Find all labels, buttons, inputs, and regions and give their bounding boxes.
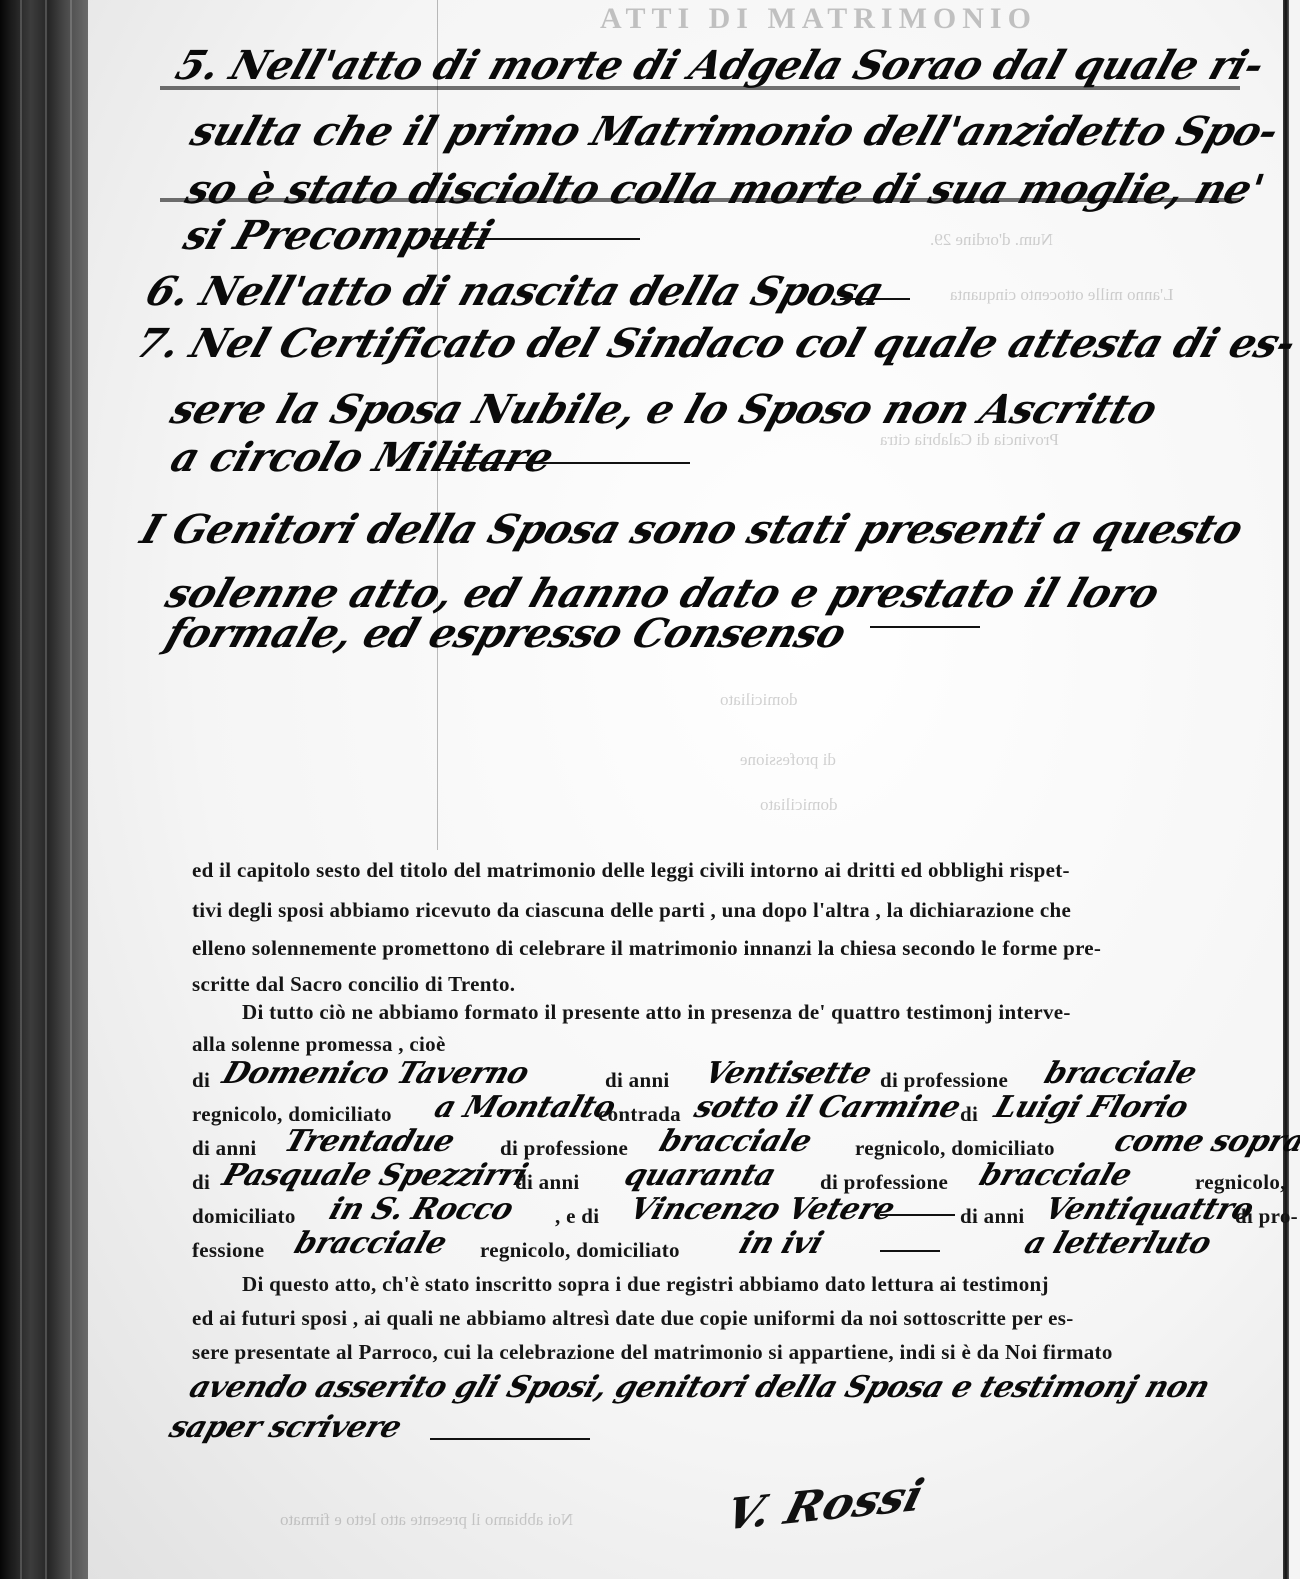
witness-4-domicile: in ivi bbox=[735, 1226, 827, 1261]
witness-label: regnicolo, domiciliato bbox=[480, 1238, 680, 1263]
witness-label: di bbox=[192, 1170, 210, 1195]
closing-handwritten-line-1: avendo asserito gli Sposi, genitori dell… bbox=[185, 1370, 1214, 1405]
handwritten-underline bbox=[870, 626, 980, 628]
bleed-through-header: ATTI DI MATRIMONIO bbox=[600, 2, 1037, 36]
handwritten-underline bbox=[430, 1438, 590, 1440]
bleed-through-text: Num. d'ordine 29. bbox=[930, 230, 1053, 250]
witness-1-name: Domenico Taverno bbox=[218, 1056, 533, 1091]
bleed-through-text: Provincia di Calabria citra bbox=[880, 430, 1059, 450]
handwritten-note-6: 6. Nell'atto di nascita della Sposa bbox=[140, 268, 890, 315]
witness-label: di bbox=[960, 1102, 978, 1127]
page-margin bbox=[1289, 0, 1300, 1579]
handwritten-note-5-line-3: so è stato disciolto colla morte di sua … bbox=[180, 166, 1270, 213]
binding-texture bbox=[20, 0, 22, 1579]
handwritten-note-7-line-1: 7. Nel Certificato del Sindaco col quale… bbox=[130, 320, 1300, 367]
witness-4-profession: bracciale bbox=[290, 1226, 451, 1261]
witness-label: di pro- bbox=[1235, 1204, 1298, 1229]
witness-4-age: Ventiquattro bbox=[1040, 1192, 1258, 1227]
witness-4-name: Vincenzo Vetere bbox=[625, 1192, 899, 1227]
witness-2-name: Luigi Florio bbox=[990, 1090, 1192, 1125]
handwritten-note-7-line-2: sere la Sposa Nubile, e lo Sposo non Asc… bbox=[165, 386, 1163, 433]
bleed-through-text: Noi abbiamo il presente atto letto e fir… bbox=[280, 1510, 573, 1530]
printed-text-line: ed il capitolo sesto del titolo del matr… bbox=[192, 858, 1070, 883]
witness-label: di anni bbox=[515, 1170, 580, 1195]
handwritten-note-5-line-1: 5. Nell'atto di morte di Adgela Sorao da… bbox=[170, 42, 1270, 89]
printed-text-line: ed ai futuri sposi , ai quali ne abbiamo… bbox=[192, 1306, 1073, 1331]
bleed-through-text: domiciliato bbox=[760, 795, 837, 815]
witness-label: , e di bbox=[555, 1204, 599, 1229]
handwritten-underline bbox=[880, 1250, 940, 1252]
binding-texture bbox=[70, 0, 72, 1579]
handwritten-parents-line-1: I Genitori della Sposa sono stati presen… bbox=[135, 506, 1249, 553]
bleed-through-text: di professione bbox=[740, 750, 836, 770]
bleed-through-text: L'anno mille ottocento cinquanta bbox=[950, 285, 1174, 305]
witness-2-age: Trentadue bbox=[280, 1124, 459, 1159]
bleed-through-text: domiciliato bbox=[720, 690, 797, 710]
witness-2-profession: bracciale bbox=[655, 1124, 816, 1159]
handwritten-note-7-line-3: a circolo Militare bbox=[165, 434, 559, 481]
printed-text-line: Di tutto ciò ne abbiamo formato il prese… bbox=[242, 1000, 1071, 1025]
witness-label: domiciliato bbox=[192, 1204, 296, 1229]
witness-label: di bbox=[192, 1068, 210, 1093]
witness-3-profession: bracciale bbox=[975, 1158, 1136, 1193]
witness-label: di anni bbox=[960, 1204, 1025, 1229]
handwritten-underline bbox=[880, 1214, 955, 1216]
printed-text-line: sere presentate al Parroco, cui la celeb… bbox=[192, 1340, 1113, 1365]
witness-3-domicile: in S. Rocco bbox=[325, 1192, 517, 1227]
printed-text-line: Di questo atto, ch'è stato inscritto sop… bbox=[242, 1272, 1049, 1297]
printed-text-line: tivi degli sposi abbiamo ricevuto da cia… bbox=[192, 898, 1071, 923]
witness-4-domicile-extra: a letterluto bbox=[1020, 1226, 1215, 1261]
handwritten-note-5-line-2: sulta che il primo Matrimonio dell'anzid… bbox=[185, 108, 1284, 155]
handwritten-underline bbox=[430, 238, 640, 240]
printed-text-line: elleno solennemente promettono di celebr… bbox=[192, 936, 1101, 961]
witness-3-name: Pasquale Spezzirri bbox=[218, 1158, 532, 1193]
book-binding bbox=[0, 0, 88, 1579]
handwritten-parents-line-3: formale, ed espresso Consenso bbox=[160, 610, 852, 657]
witness-1-contrada: sotto il Carmine bbox=[690, 1090, 965, 1125]
printed-text-line: scritte dal Sacro concilio di Trento. bbox=[192, 972, 515, 997]
printed-text-line: alla solenne promessa , cioè bbox=[192, 1032, 446, 1057]
handwritten-note-5-line-4: si Precomputi bbox=[178, 212, 499, 259]
binding-texture bbox=[45, 0, 47, 1579]
witness-1-domicile: a Montalto bbox=[430, 1090, 620, 1125]
closing-handwritten-line-2: saper scrivere bbox=[165, 1410, 406, 1445]
handwritten-underline bbox=[840, 298, 910, 300]
handwritten-underline bbox=[440, 462, 690, 464]
witness-1-profession: bracciale bbox=[1040, 1056, 1201, 1091]
witness-label: fessione bbox=[192, 1238, 264, 1263]
witness-2-domicile: come sopra bbox=[1110, 1124, 1300, 1159]
witness-3-age: quaranta bbox=[620, 1158, 780, 1193]
witness-1-age: Ventisette bbox=[700, 1056, 876, 1091]
